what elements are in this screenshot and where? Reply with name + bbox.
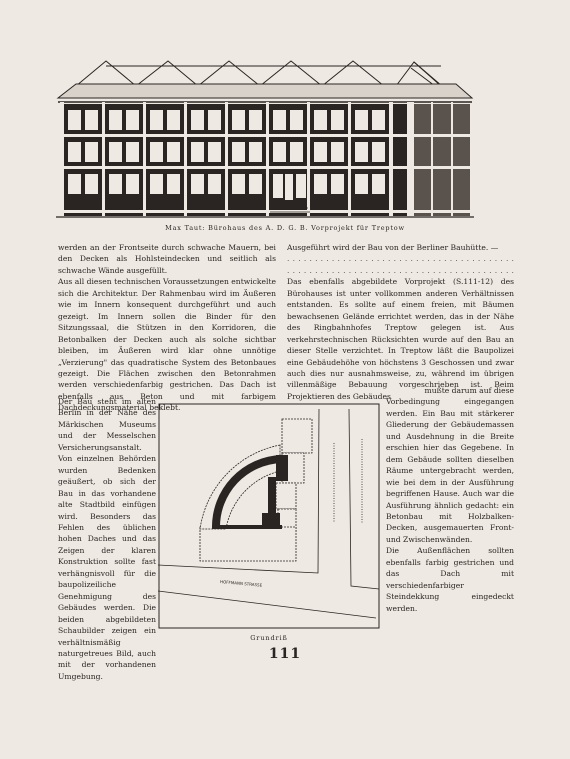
right-column-text: Ausgeführt wird der Bau von der Berliner… — [287, 242, 514, 402]
page-number: 111 — [0, 646, 570, 662]
narrow-left-column-text: Der Bau steht im alten Berlin in der Näh… — [58, 396, 156, 682]
floor-plan-icon: HOFFMANN STRASSE — [158, 403, 380, 629]
street-label: HOFFMANN STRASSE — [220, 579, 263, 588]
paragraph: werden an der Frontseite durch schwache … — [58, 242, 276, 276]
dotted-separator: ........................................… — [287, 265, 514, 276]
dotted-separator: ........................................… — [287, 253, 514, 264]
building-elevation-icon — [56, 58, 476, 220]
left-column-text: werden an der Frontseite durch schwache … — [58, 242, 276, 414]
narrow-right-column-text: mußte darum auf diese Vorbedingung einge… — [386, 385, 514, 614]
book-page: Max Taut: Bürohaus des A. D. G. B. Vorpr… — [0, 0, 570, 759]
figure-caption-elevation: Max Taut: Bürohaus des A. D. G. B. Vorpr… — [0, 224, 570, 232]
paragraph: Das ebenfalls abgebildete Vorprojekt (S.… — [287, 276, 514, 402]
paragraph-first-line: Ausgeführt wird der Bau von der Berliner… — [287, 242, 514, 253]
paragraph: Die Außenflächen sollten ebenfalls farbi… — [386, 545, 514, 614]
paragraph-first-line: mußte darum auf diese — [386, 385, 514, 396]
paragraph: Vorbedingung eingegangen werden. Ein Bau… — [386, 396, 514, 545]
figure-caption-plan: Grundriß — [158, 634, 380, 642]
paragraph: Aus all diesen technischen Voraussetzung… — [58, 276, 276, 413]
